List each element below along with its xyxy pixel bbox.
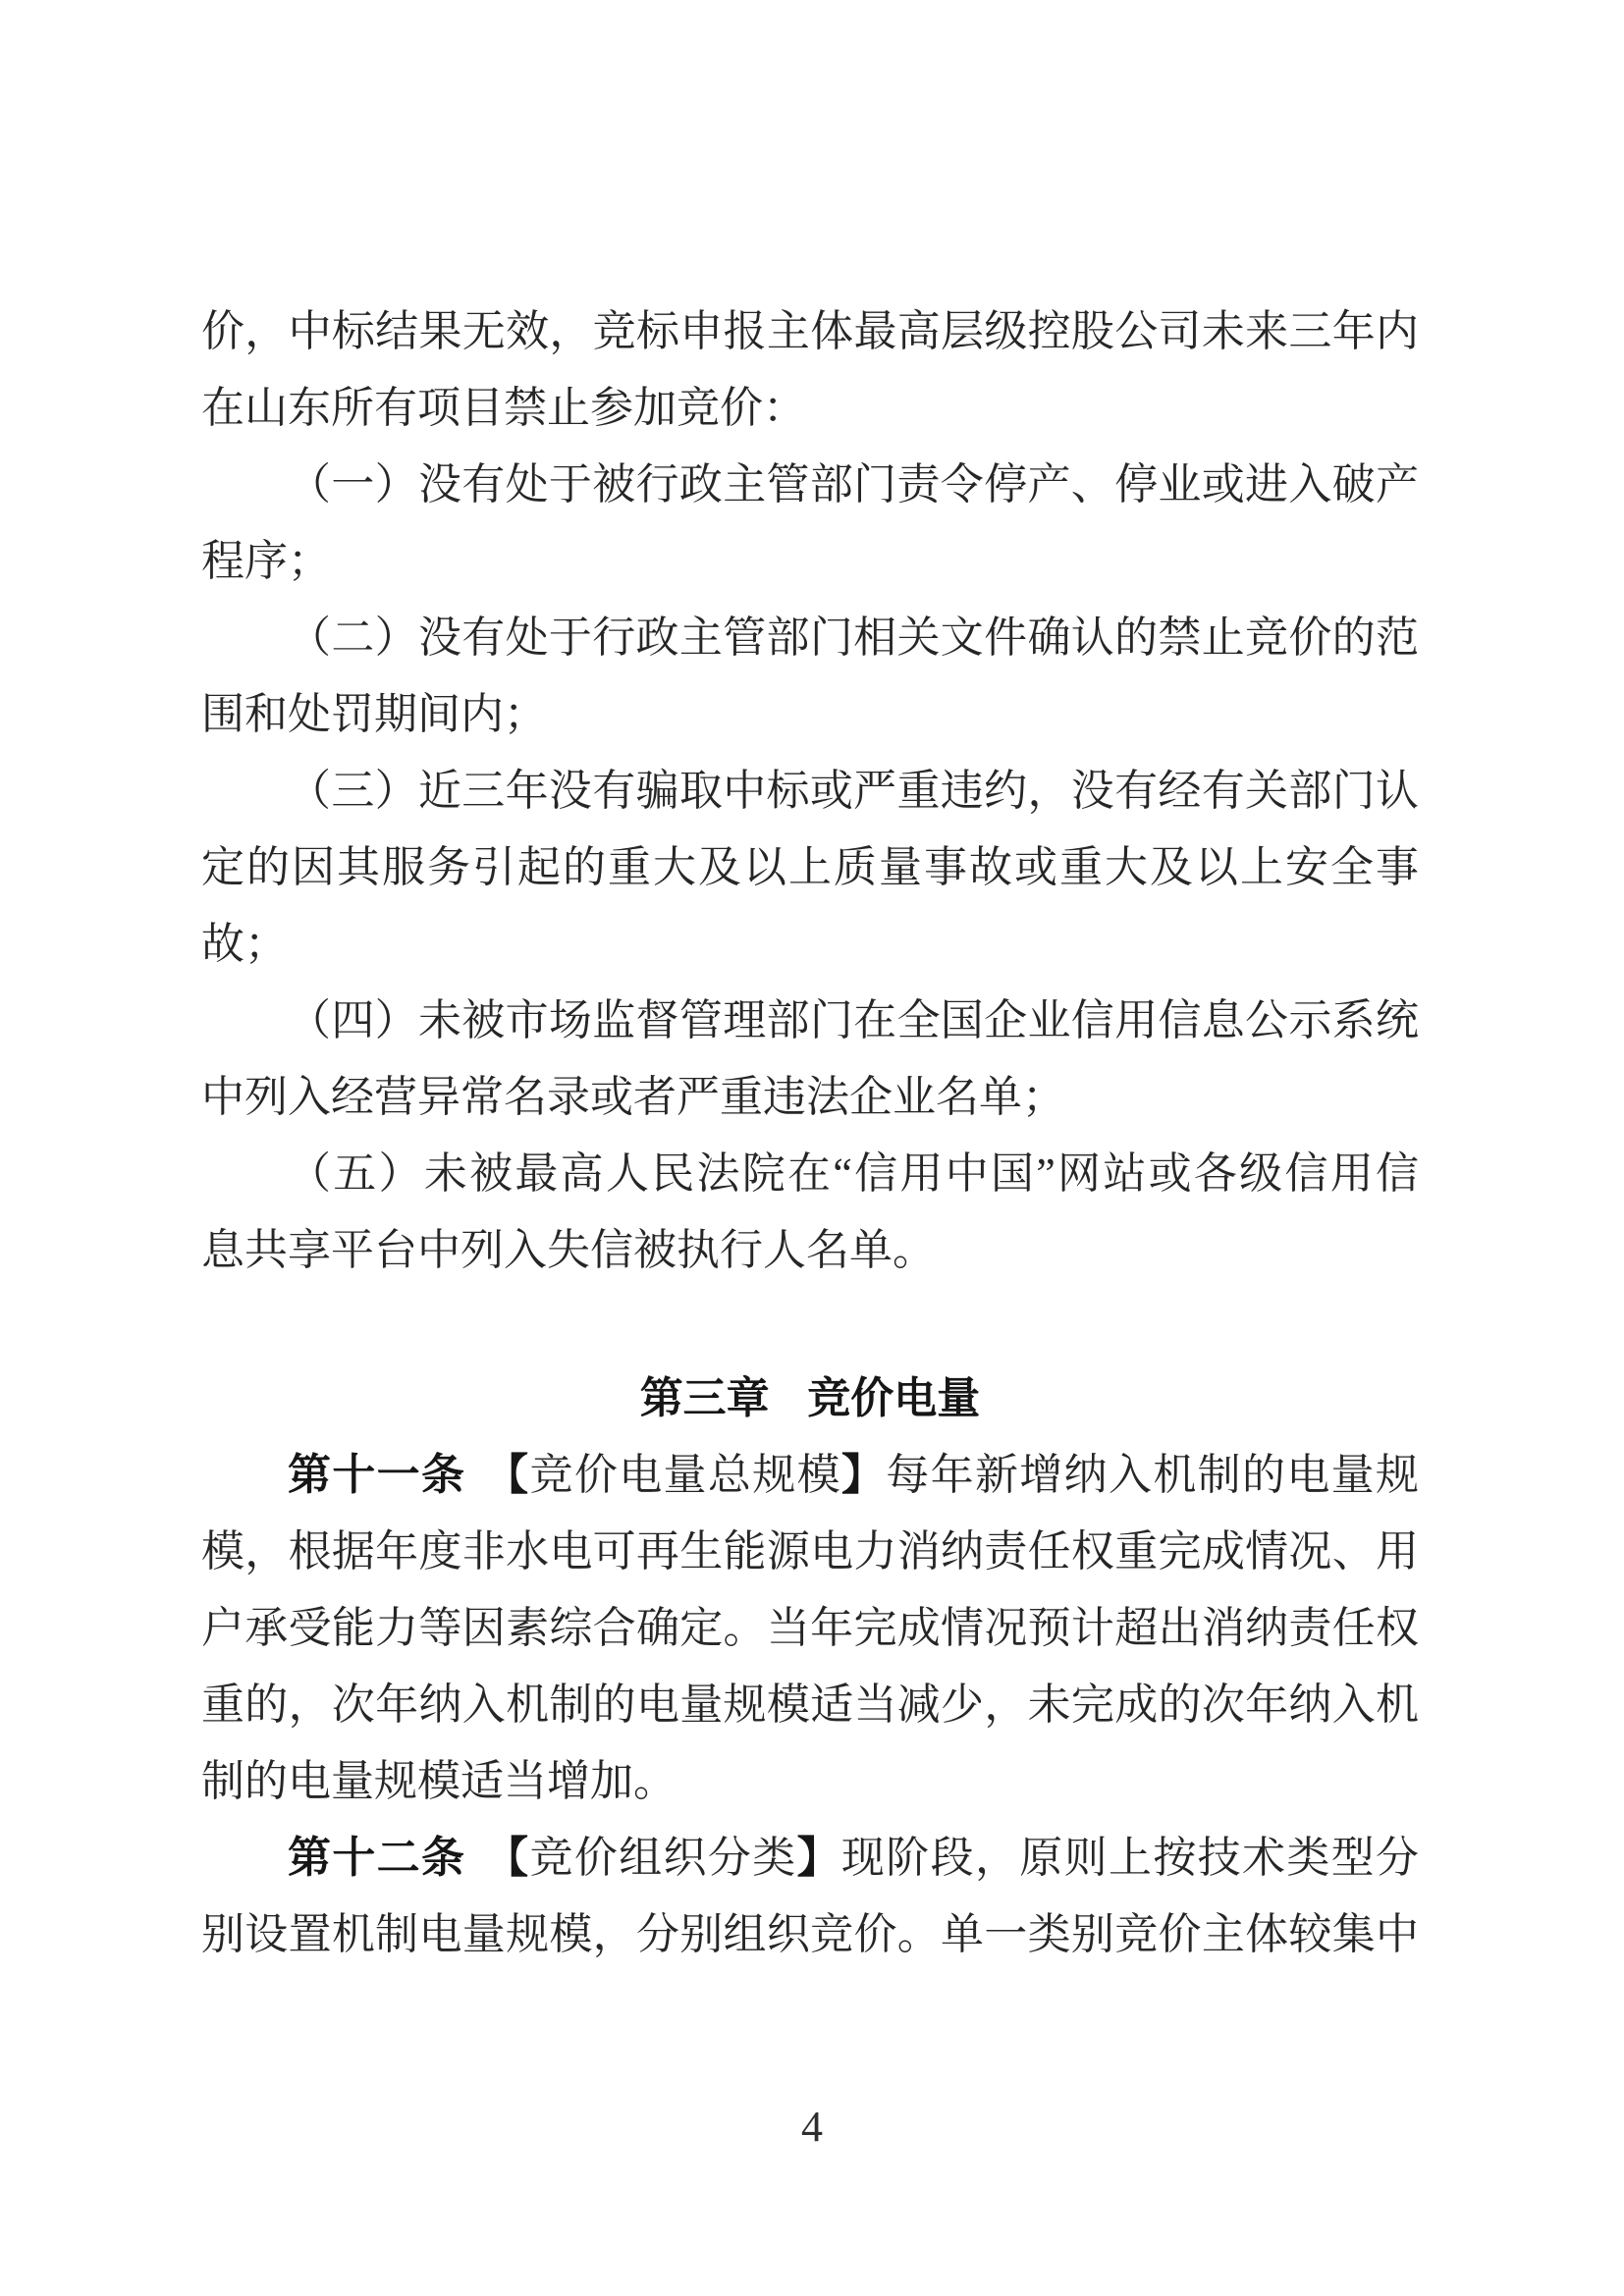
text-line: 息共享平台中列入失信被执行人名单。 (201, 1212, 1419, 1289)
text-segment: 故； (201, 920, 288, 968)
text-line: 在山东所有项目禁止参加竞价： (201, 370, 1419, 447)
text-segment: 别设置机制电量规模，分别组织竞价。单一类别竞价主体较集中 (201, 1910, 1419, 1958)
text-segment: （三）近三年没有骗取中标或严重违约，没有经有关部门认 (288, 767, 1419, 815)
text-line: （五）未被最高人民法院在“信用中国”网站或各级信用信 (201, 1136, 1419, 1212)
text-segment: 第三章 竞价电量 (640, 1374, 981, 1422)
text-segment: 】 (841, 1451, 886, 1499)
page-number: 4 (0, 2089, 1624, 2165)
text-segment: 定的因其服务引起的重大及以上质量事故或重大及以上安全事 (201, 843, 1419, 891)
text-line: 制的电量规模适当增加。 (201, 1743, 1419, 1820)
text-line: 户承受能力等因素综合确定。当年完成情况预计超出消纳责任权 (201, 1590, 1419, 1667)
text-line: 围和处罚期间内； (201, 676, 1419, 753)
text-line: 第十一条【竞价电量总规模】每年新增纳入机制的电量规 (201, 1437, 1419, 1514)
text-line: 重的，次年纳入机制的电量规模适当减少，未完成的次年纳入机 (201, 1667, 1419, 1743)
text-line: （三）近三年没有骗取中标或严重违约，没有经有关部门认 (201, 753, 1419, 829)
text-line: 别设置机制电量规模，分别组织竞价。单一类别竞价主体较集中 (201, 1896, 1419, 1973)
text-segment: 竞价电量总规模 (530, 1451, 841, 1499)
text-segment: 在山东所有项目禁止参加竞价： (201, 384, 806, 432)
text-segment: （二）没有处于行政主管部门相关文件确认的禁止竞价的范 (288, 614, 1419, 662)
text-segment: 【 (485, 1834, 529, 1882)
text-line: （一）没有处于被行政主管部门责令停产、停业或进入破产 (201, 447, 1419, 523)
text-line: 故； (201, 906, 1419, 983)
text-segment: 制的电量规模适当增加。 (201, 1757, 677, 1805)
document-body: 价，中标结果无效，竞标申报主体最高层级控股公司未来三年内在山东所有项目禁止参加竞… (201, 294, 1419, 1973)
text-segment: （四）未被市场监督管理部门在全国企业信用信息公示系统 (288, 996, 1419, 1044)
text-segment: 围和处罚期间内； (201, 690, 547, 738)
text-segment: （五）未被最高人民法院在“信用中国”网站或各级信用信 (288, 1149, 1419, 1198)
text-segment: 户承受能力等因素综合确定。当年完成情况预计超出消纳责任权 (201, 1604, 1419, 1652)
text-line: （二）没有处于行政主管部门相关文件确认的禁止竞价的范 (201, 600, 1419, 676)
text-line: 中列入经营异常名录或者严重违法企业名单； (201, 1059, 1419, 1136)
text-segment: 每年新增纳入机制的电量规 (886, 1451, 1419, 1499)
document-page: 价，中标结果无效，竞标申报主体最高层级控股公司未来三年内在山东所有项目禁止参加竞… (0, 0, 1624, 2296)
text-line: （四）未被市场监督管理部门在全国企业信用信息公示系统 (201, 983, 1419, 1059)
text-segment: 第十一条 (288, 1451, 465, 1499)
text-line: 定的因其服务引起的重大及以上质量事故或重大及以上安全事 (201, 829, 1419, 906)
text-segment: 重的，次年纳入机制的电量规模适当减少，未完成的次年纳入机 (201, 1681, 1419, 1729)
text-line: 价，中标结果无效，竞标申报主体最高层级控股公司未来三年内 (201, 294, 1419, 370)
text-segment: 现阶段，原则上按技术类型分 (841, 1834, 1419, 1882)
text-segment: 价，中标结果无效，竞标申报主体最高层级控股公司未来三年内 (201, 307, 1419, 355)
text-segment: 程序； (201, 537, 331, 585)
text-line: 第十二条【竞价组织分类】现阶段，原则上按技术类型分 (201, 1820, 1419, 1896)
text-segment: 【 (485, 1451, 529, 1499)
text-segment: 息共享平台中列入失信被执行人名单。 (201, 1226, 936, 1274)
chapter-heading: 第三章 竞价电量 (201, 1361, 1419, 1437)
text-line: 程序； (201, 523, 1419, 600)
text-segment: 中列入经营异常名录或者严重违法企业名单； (201, 1073, 1065, 1121)
text-segment: 】 (797, 1834, 841, 1882)
text-segment: （一）没有处于被行政主管部门责令停产、停业或进入破产 (288, 460, 1419, 508)
text-segment: 竞价组织分类 (530, 1834, 797, 1882)
text-segment: 第十二条 (288, 1834, 465, 1882)
text-line: 模，根据年度非水电可再生能源电力消纳责任权重完成情况、用 (201, 1514, 1419, 1590)
text-segment: 模，根据年度非水电可再生能源电力消纳责任权重完成情况、用 (201, 1527, 1419, 1575)
